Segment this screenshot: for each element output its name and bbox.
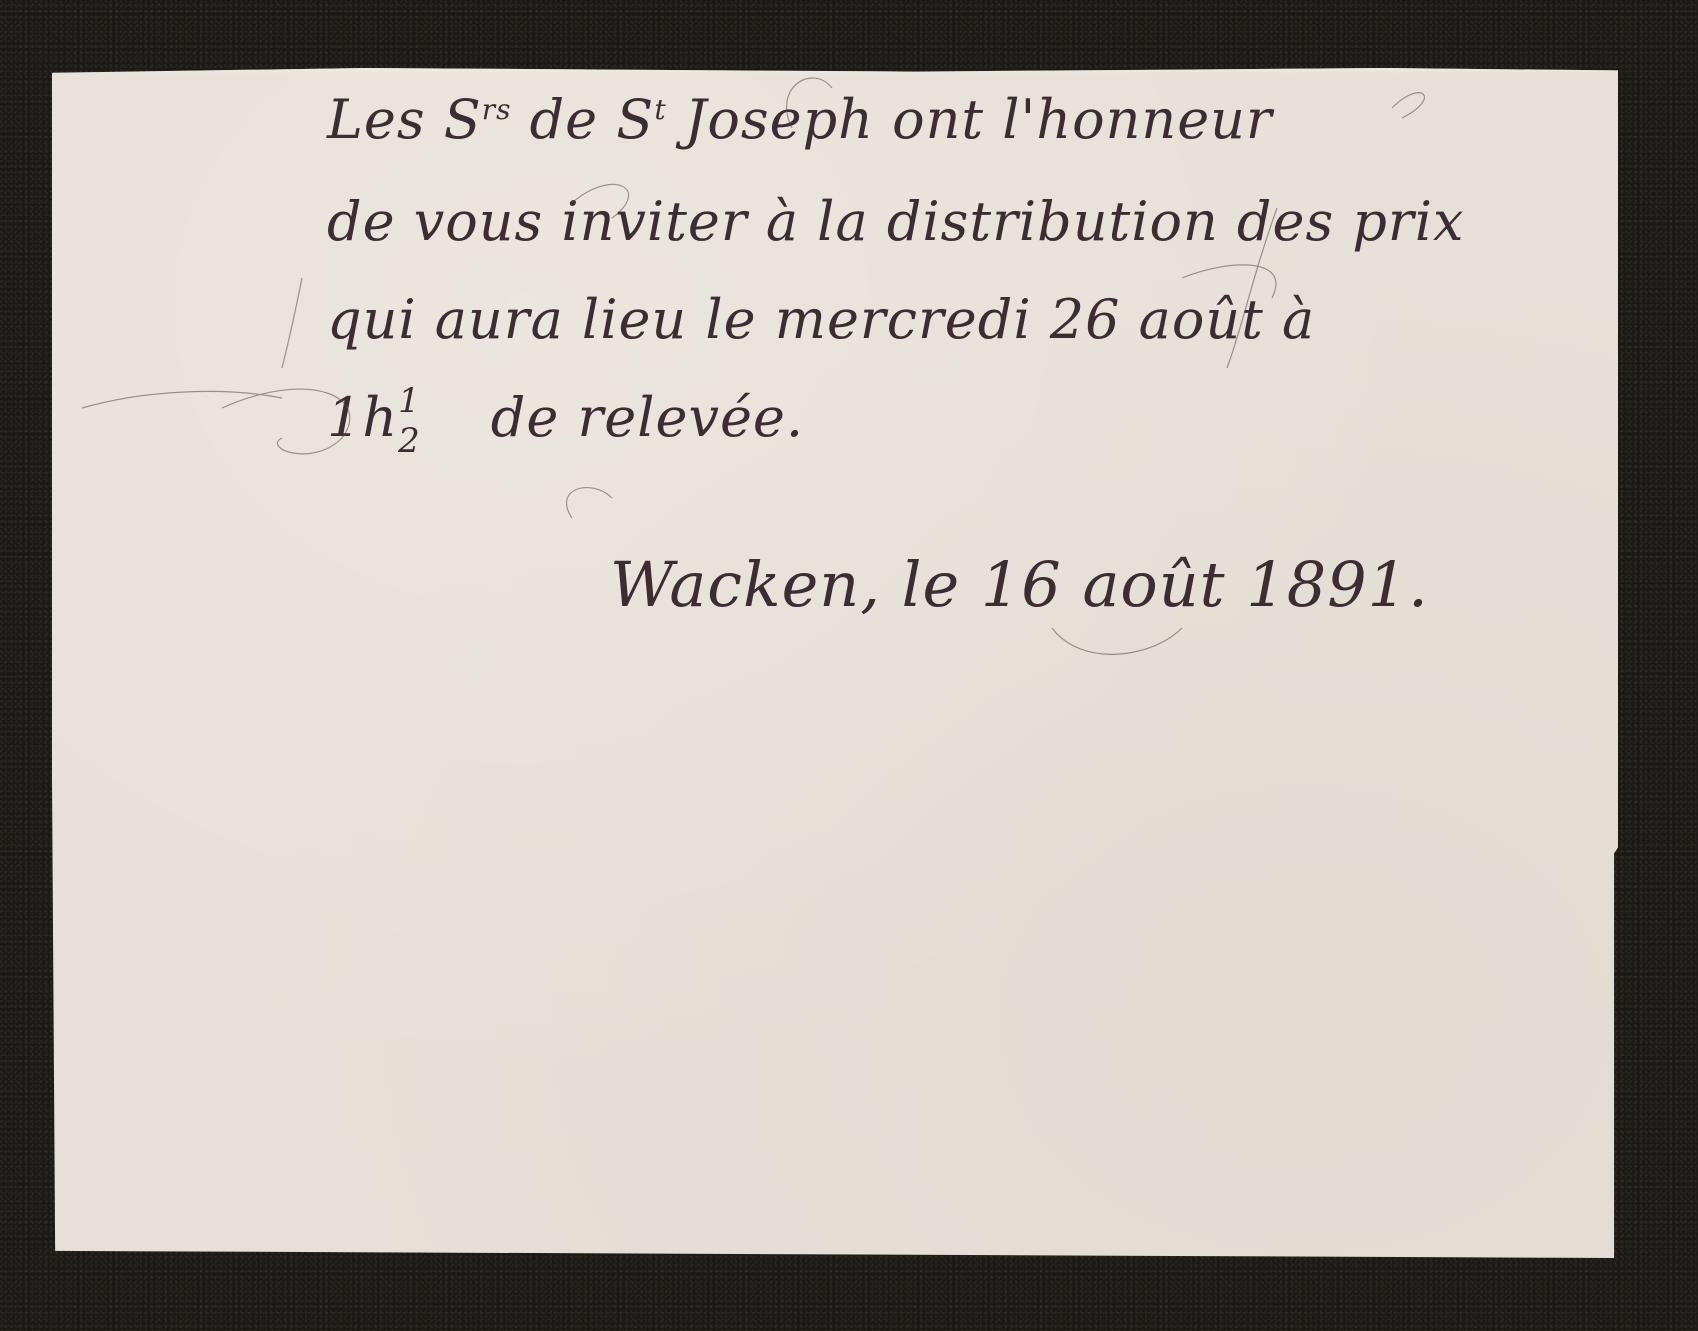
text-line-4: 1h12de relevée. <box>327 386 804 458</box>
calligraphic-flourishes-icon <box>52 68 1618 768</box>
paper-deckled-edge <box>52 68 1618 74</box>
text-joseph-honneur: Joseph ont l'honneur <box>667 88 1273 151</box>
text-de-relevee: de relevée. <box>491 386 804 449</box>
text-de-st: de S <box>511 88 654 151</box>
time-fraction: 12 <box>398 386 421 458</box>
text-line-2: de vous inviter à la distribution des pr… <box>327 190 1464 253</box>
time-hour: 1h <box>327 386 398 449</box>
text-line-1: Les Srs de St Joseph ont l'honneur <box>327 88 1273 151</box>
superscript-t: t <box>654 93 666 126</box>
text-line-3: qui aura lieu le mercredi 26 août à <box>327 288 1315 351</box>
signature-place-date: Wacken, le 16 août 1891. <box>610 548 1429 621</box>
superscript-rs: rs <box>482 93 512 126</box>
invitation-paper: Les Srs de St Joseph ont l'honneur de vo… <box>52 68 1618 1258</box>
fraction-numerator: 1 <box>398 386 421 416</box>
fraction-denominator: 2 <box>398 424 421 458</box>
text-les-srs: Les S <box>327 88 482 151</box>
